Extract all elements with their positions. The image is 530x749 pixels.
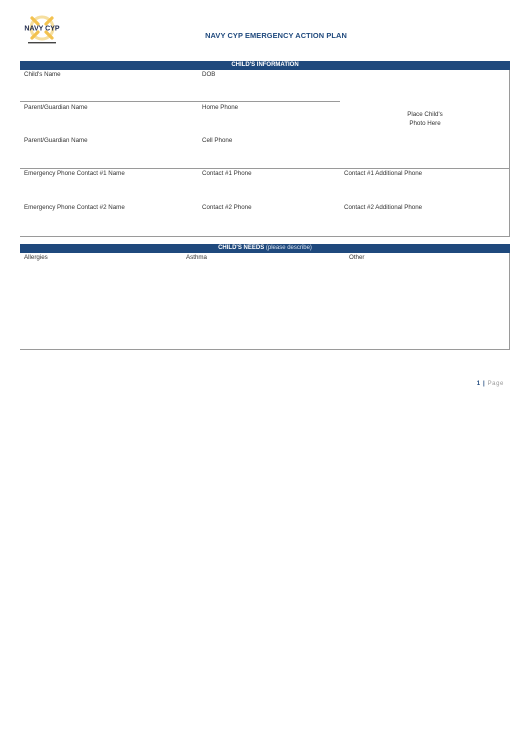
page-number: 1 xyxy=(477,381,481,387)
navy-cyp-logo: NAVY CYP xyxy=(22,13,62,47)
section-border-right xyxy=(509,253,510,350)
child-photo-placeholder[interactable]: Place Child's Photo Here xyxy=(375,110,475,128)
emergency-contact-2-name-field[interactable]: Emergency Phone Contact #2 Name xyxy=(24,204,125,211)
section-header-childs-needs: CHILD'S NEEDS (please describe) xyxy=(20,244,510,253)
parent-guardian-name-field-2[interactable]: Parent/Guardian Name xyxy=(24,137,88,144)
contact-1-additional-phone-field[interactable]: Contact #1 Additional Phone xyxy=(344,170,422,177)
allergies-field[interactable]: Allergies xyxy=(24,254,48,261)
contact-2-phone-field[interactable]: Contact #2 Phone xyxy=(202,204,252,211)
section-border-bottom xyxy=(20,236,510,237)
life-ring-icon: NAVY CYP xyxy=(22,13,62,47)
emergency-contact-1-name-field[interactable]: Emergency Phone Contact #1 Name xyxy=(24,170,125,177)
contact-2-additional-phone-field[interactable]: Contact #2 Additional Phone xyxy=(344,204,422,211)
row-divider xyxy=(20,101,340,102)
asthma-field[interactable]: Asthma xyxy=(186,254,207,261)
section-border-bottom xyxy=(20,349,510,350)
dob-field[interactable]: DOB xyxy=(202,71,215,78)
section-heading: CHILD'S INFORMATION xyxy=(231,62,298,68)
photo-placeholder-line1: Place Child's xyxy=(375,110,475,119)
page-separator: | xyxy=(483,381,485,387)
section-heading: CHILD'S NEEDS xyxy=(218,245,264,251)
other-field[interactable]: Other xyxy=(349,254,364,261)
page-title: NAVY CYP EMERGENCY ACTION PLAN xyxy=(0,31,530,40)
section-heading-note: (please describe) xyxy=(266,245,312,251)
home-phone-field[interactable]: Home Phone xyxy=(202,104,238,111)
contact-1-phone-field[interactable]: Contact #1 Phone xyxy=(202,170,252,177)
cell-phone-field[interactable]: Cell Phone xyxy=(202,137,232,144)
section-header-childs-information: CHILD'S INFORMATION xyxy=(20,61,510,70)
page-label: Page xyxy=(488,381,504,387)
page-footer: 1 | Page xyxy=(477,381,504,387)
childs-name-field[interactable]: Child's Name xyxy=(24,71,61,78)
row-divider xyxy=(20,168,510,169)
photo-placeholder-line2: Photo Here xyxy=(375,119,475,128)
parent-guardian-name-field-1[interactable]: Parent/Guardian Name xyxy=(24,104,88,111)
section-border-right xyxy=(509,70,510,237)
